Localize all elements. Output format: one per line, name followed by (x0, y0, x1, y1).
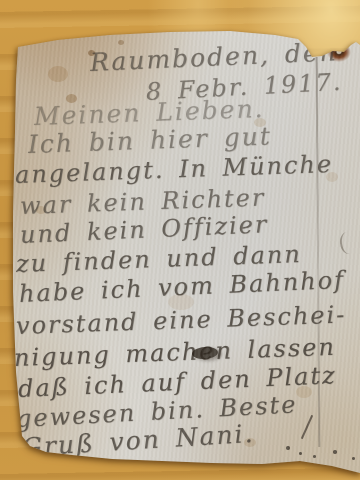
photo-scene: Raumboden, den 8 Febr. 1917. Meinen Lieb… (0, 0, 360, 480)
ink-dot (313, 455, 316, 458)
letter-line: vorstand eine Beschei- (16, 302, 347, 338)
stain (118, 40, 124, 45)
postcard-wrap: Raumboden, den 8 Febr. 1917. Meinen Lieb… (0, 0, 360, 480)
pen-flourish (301, 415, 313, 440)
ink-dot (352, 457, 355, 460)
ink-dot (333, 450, 337, 454)
faint-pen-mark (339, 231, 358, 255)
ink-dot (299, 452, 302, 455)
postcard-paper: Raumboden, den 8 Febr. 1917. Meinen Lieb… (0, 0, 360, 480)
stain (48, 66, 68, 82)
ink-dot (286, 446, 290, 450)
letter-line: Ich bin hier gut (28, 123, 273, 156)
